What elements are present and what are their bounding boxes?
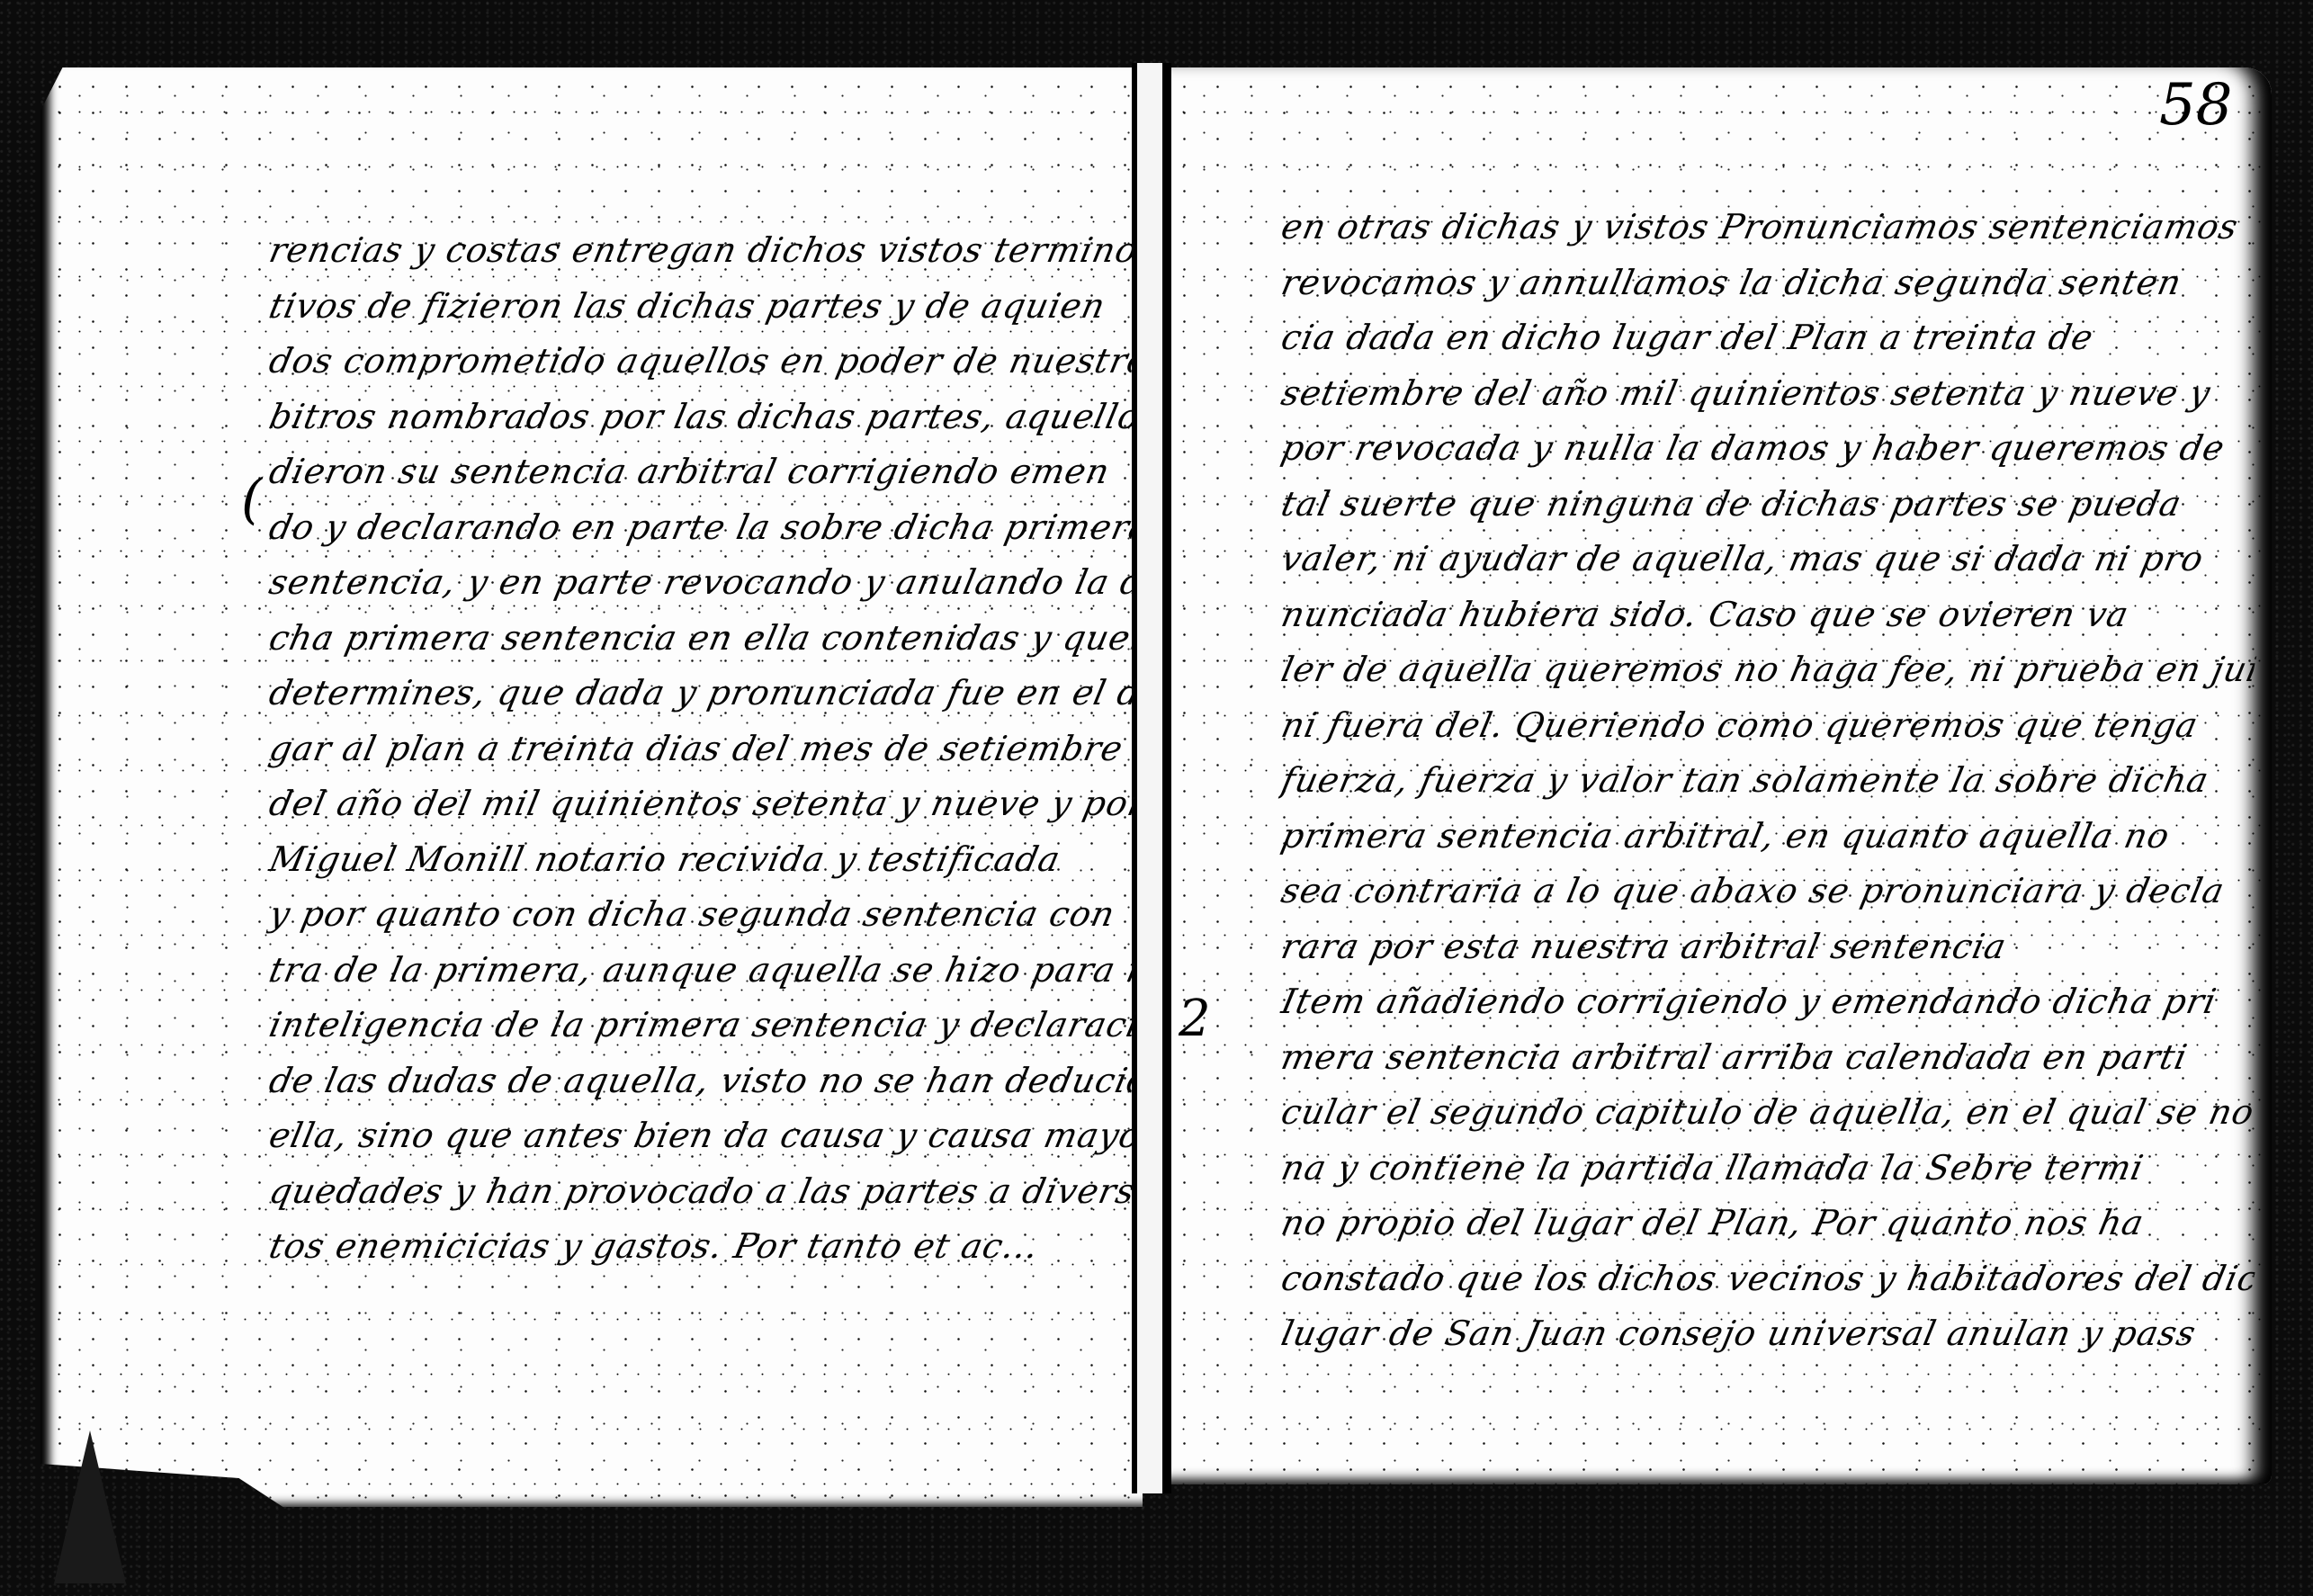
- manuscript-line: constado que los dichos vecinos y habita…: [1276, 1251, 2259, 1307]
- manuscript-line: primera sentencia arbitral, en quanto aq…: [1276, 809, 2259, 865]
- manuscript-line: cia dada en dicho lugar del Plan a trein…: [1276, 310, 2259, 366]
- manuscript-line: valer, ni ayudar de aquella, mas que si …: [1276, 532, 2259, 587]
- manuscript-line: tivos de fizieron las dichas partes y de…: [264, 279, 1139, 335]
- manuscript-line: en otras dichas y vistos Pronunciamos se…: [1276, 200, 2259, 256]
- manuscript-line: cular el segundo capitulo de aquella, en…: [1276, 1085, 2259, 1141]
- manuscript-line: bitros nombrados por las dichas partes, …: [264, 390, 1139, 445]
- manuscript-line: mera sentencia arbitral arriba calendada…: [1276, 1030, 2259, 1086]
- manuscript-line: inteligencia de la primera sentencia y d…: [264, 998, 1139, 1054]
- left-margin-bracket-mark: (: [241, 468, 262, 531]
- manuscript-line: Item añadiendo corrigiendo y emendando d…: [1276, 974, 2259, 1030]
- folio-number: 58: [2159, 72, 2232, 139]
- manuscript-line: determines, que dada y pronunciada fue e…: [264, 666, 1139, 722]
- manuscript-line: sea contraria a lo que abaxo se pronunci…: [1276, 864, 2259, 919]
- manuscript-line: nunciada hubiera sido. Caso que se ovier…: [1276, 587, 2259, 643]
- manuscript-line: tos enemicicias y gastos. Por tanto et a…: [264, 1219, 1139, 1275]
- right-page-text: en otras dichas y vistos Pronunciamos se…: [1282, 200, 2254, 1362]
- manuscript-line: ella, sino que antes bien da causa y cau…: [264, 1108, 1139, 1164]
- manuscript-line: rara por esta nuestra arbitral sentencia: [1276, 919, 2259, 975]
- manuscript-line: lugar de San Juan consejo universal anul…: [1276, 1306, 2259, 1362]
- manuscript-line: revocamos y annullamos la dicha segunda …: [1276, 256, 2259, 311]
- manuscript-line: setiembre del año mil quinientos setenta…: [1276, 366, 2259, 422]
- manuscript-line: dos comprometido aquellos en poder de nu…: [264, 334, 1139, 390]
- manuscript-line: y por quanto con dicha segunda sentencia…: [264, 887, 1139, 943]
- right-margin-item-number: 2: [1179, 990, 1211, 1048]
- manuscript-line: tra de la primera, aunque aquella se hiz…: [264, 943, 1139, 999]
- manuscript-line: del año del mil quinientos setenta y nue…: [264, 776, 1139, 832]
- manuscript-line: do y declarando en parte la sobre dicha …: [264, 500, 1139, 556]
- manuscript-line: quedades y han provocado a las partes a …: [264, 1164, 1139, 1220]
- manuscript-line: de las dudas de aquella, visto no se han…: [264, 1054, 1139, 1109]
- manuscript-line: tal suerte que ninguna de dichas partes …: [1276, 477, 2259, 533]
- manuscript-line: Miguel Monill notario recivida y testifi…: [264, 832, 1139, 888]
- manuscript-line: no propio del lugar del Plan, Por quanto…: [1276, 1196, 2259, 1251]
- manuscript-line: cha primera sentencia en ella contenidas…: [264, 611, 1139, 667]
- manuscript-line: fuerza, fuerza y valor tan solamente la …: [1276, 753, 2259, 809]
- manuscript-line: gar al plan a treinta dias del mes de se…: [264, 722, 1139, 777]
- bookmark-ribbon-icon: [54, 1430, 126, 1583]
- manuscript-line: por revocada y nulla la damos y haber qu…: [1276, 421, 2259, 477]
- manuscript-line: ni fuera del. Queriendo como queremos qu…: [1276, 698, 2259, 754]
- manuscript-line: ler de aquella queremos no haga fee, ni …: [1276, 642, 2259, 698]
- manuscript-line: na y contiene la partida llamada la Sebr…: [1276, 1141, 2259, 1197]
- left-page-text: rencias y costas entregan dichos vistos …: [270, 223, 1134, 1275]
- manuscript-line: sentencia, y en parte revocando y anulan…: [264, 555, 1139, 611]
- manuscript-line: dieron su sentencia arbitral corrigiendo…: [264, 444, 1139, 500]
- manuscript-line: rencias y costas entregan dichos vistos …: [264, 223, 1139, 279]
